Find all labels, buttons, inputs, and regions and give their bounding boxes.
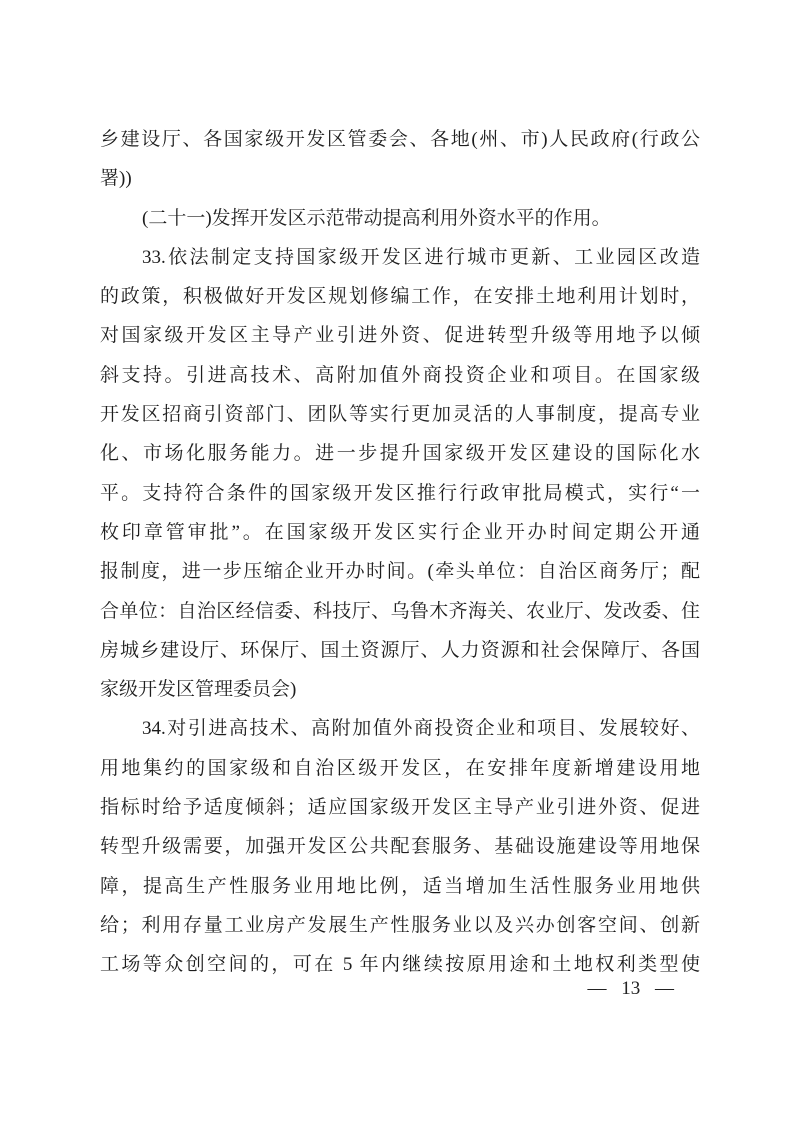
text-line: 用地集约的国家级和自治区级开发区，在安排年度新增建设用地 [100, 749, 700, 788]
document-body: 乡建设厅、各国家级开发区管委会、各地(州、市)人民政府(行政公署))(二十一)发… [100, 120, 700, 985]
text-line: (二十一)发挥开发区示范带动提高利用外资水平的作用。 [100, 199, 700, 238]
text-line: 34.对引进高技术、高附加值外商投资企业和项目、发展较好、 [100, 709, 700, 748]
text-line: 33.依法制定支持国家级开发区进行城市更新、工业园区改造 [100, 238, 700, 277]
text-line: 开发区招商引资部门、团队等实行更加灵活的人事制度，提高专业 [100, 395, 700, 434]
text-line: 障，提高生产性服务业用地比例，适当增加生活性服务业用地供 [100, 867, 700, 906]
text-line: 化、市场化服务能力。进一步提升国家级开发区建设的国际化水 [100, 434, 700, 473]
text-line: 斜支持。引进高技术、高附加值外商投资企业和项目。在国家级 [100, 356, 700, 395]
text-line: 房城乡建设厅、环保厅、国土资源厅、人力资源和社会保障厅、各国 [100, 631, 700, 670]
text-line: 署)) [100, 159, 700, 198]
text-line: 乡建设厅、各国家级开发区管委会、各地(州、市)人民政府(行政公 [100, 120, 700, 159]
text-line: 指标时给予适度倾斜；适应国家级开发区主导产业引进外资、促进 [100, 788, 700, 827]
text-line: 家级开发区管理委员会) [100, 670, 700, 709]
text-line: 合单位：自治区经信委、科技厅、乌鲁木齐海关、农业厅、发改委、住 [100, 592, 700, 631]
text-line: 对国家级开发区主导产业引进外资、促进转型升级等用地予以倾 [100, 316, 700, 355]
document-page: 乡建设厅、各国家级开发区管委会、各地(州、市)人民政府(行政公署))(二十一)发… [0, 0, 793, 1122]
text-line: 枚印章管审批”。在国家级开发区实行企业开办时间定期公开通 [100, 513, 700, 552]
text-line: 平。支持符合条件的国家级开发区推行行政审批局模式，实行“一 [100, 474, 700, 513]
text-line: 报制度，进一步压缩企业开办时间。(牵头单位：自治区商务厅；配 [100, 552, 700, 591]
page-number: — 13 — [100, 974, 700, 1004]
text-line: 给；利用存量工业房产发展生产性服务业以及兴办创客空间、创新 [100, 906, 700, 945]
text-line: 转型升级需要，加强开发区公共配套服务、基础设施建设等用地保 [100, 827, 700, 866]
text-line: 的政策，积极做好开发区规划修编工作，在安排土地利用计划时， [100, 277, 700, 316]
